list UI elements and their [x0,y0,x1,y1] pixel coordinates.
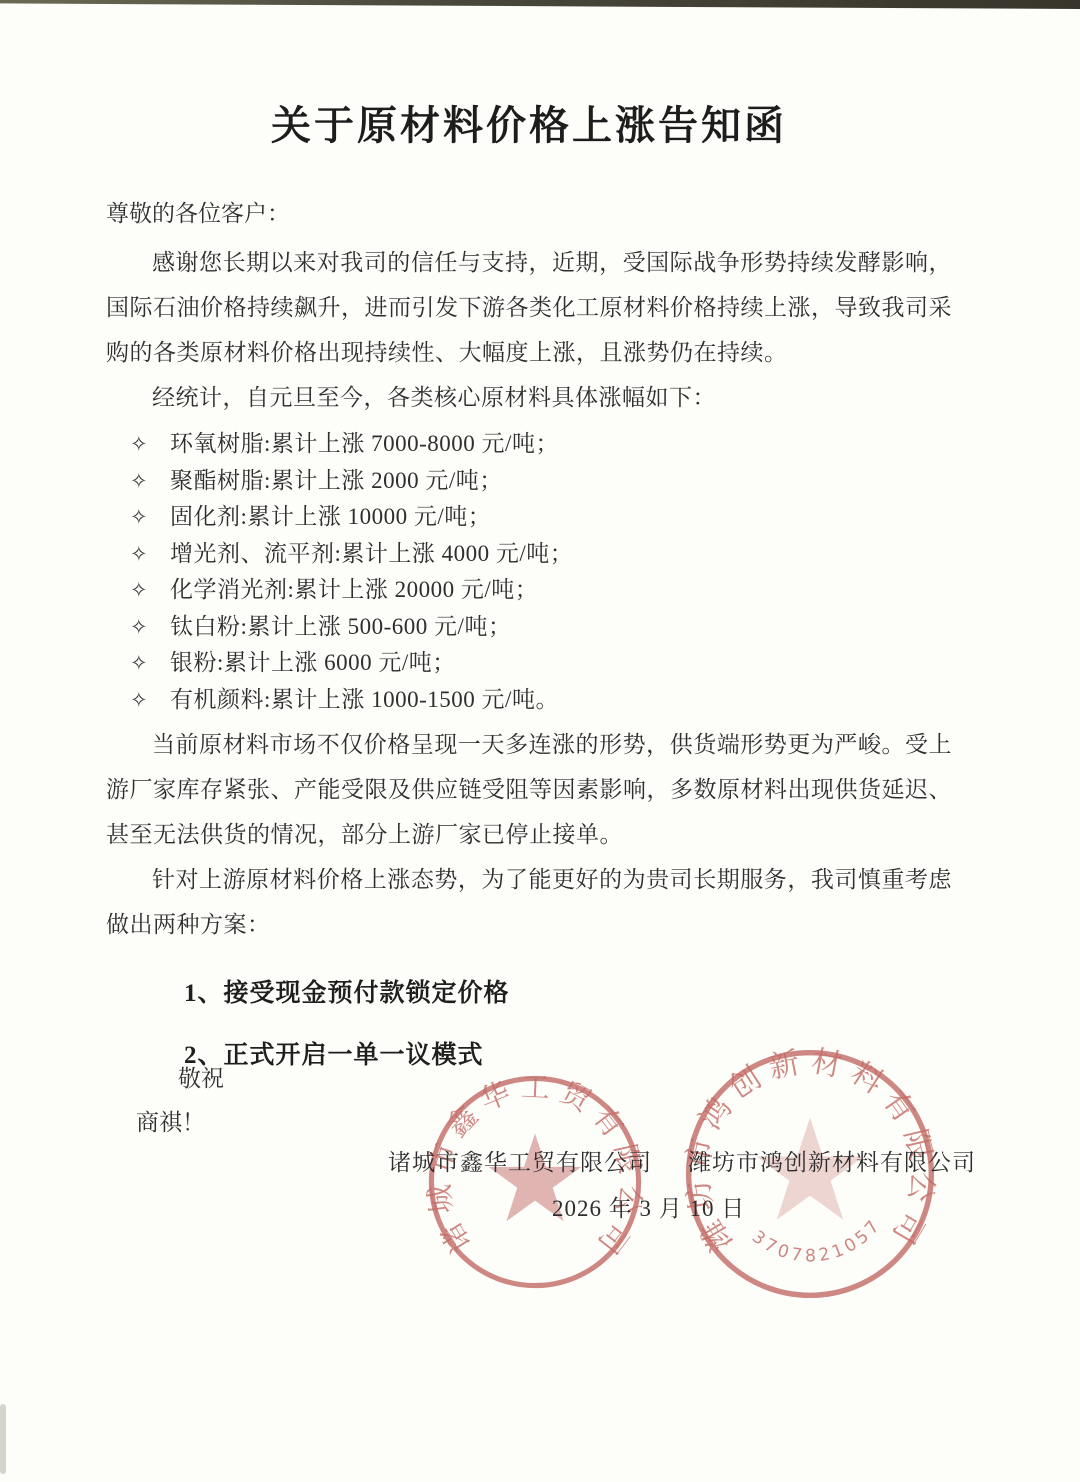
list-item-text: 聚酯树脂:累计上涨 2000 元/吨； [170,468,503,493]
list-item: ✧钛白粉:累计上涨 500-600 元/吨； [130,609,952,646]
list-item: ✧固化剂:累计上涨 10000 元/吨； [130,499,952,536]
document-title: 关于原材料价格上涨告知函 [106,98,952,154]
list-item: ✧增光剂、流平剂:累计上涨 4000 元/吨； [130,536,952,573]
list-item: ✧环氧树脂:累计上涨 7000-8000 元/吨； [130,426,952,463]
company-seal-left: 诸城市鑫华工贸有限公司 [423,1070,647,1294]
document-date: 2026 年 3 月 10 日 [552,1190,745,1223]
letter-body: 关于原材料价格上涨告知函 尊敬的各位客户： 感谢您长期以来对我司的信任与支持，近… [106,98,952,1097]
paragraph-proposal-lead: 针对上游原材料价格上涨态势，为了能更好的为贵司长期服务，我司慎重考虑做出两种方案… [106,857,952,947]
materials-price-list: ✧环氧树脂:累计上涨 7000-8000 元/吨； ✧聚酯树脂:累计上涨 200… [106,426,952,718]
list-item: ✧聚酯树脂:累计上涨 2000 元/吨； [130,463,952,500]
company-name-right: 潍坊市鸿创新材料有限公司 [688,1150,976,1175]
scanned-letter-page: 关于原材料价格上涨告知函 尊敬的各位客户： 感谢您长期以来对我司的信任与支持，近… [0,0,1080,1482]
scan-edge-artifact [0,0,1080,9]
closing-business-wishes: 商祺！ [136,1106,224,1140]
diamond-bullet-icon: ✧ [130,499,170,536]
list-item-text: 钛白粉:累计上涨 500-600 元/吨； [170,614,511,639]
paragraph-statistics-lead: 经统计，自元旦至今，各类核心原材料具体涨幅如下： [106,375,952,420]
paragraph-market-situation: 当前原材料市场不仅价格呈现一天多连涨的形势，供货端形势更为严峻。受上游厂家库存紧… [106,722,952,857]
diamond-bullet-icon: ✧ [130,426,170,463]
salutation: 尊敬的各位客户： [106,198,952,230]
list-item: ✧化学消光剂:累计上涨 20000 元/吨； [130,572,952,609]
closing-block: 敬祝 商祺！ [0,1062,224,1140]
scan-smudge-artifact [0,1404,6,1474]
list-item-text: 增光剂、流平剂:累计上涨 4000 元/吨； [170,541,573,566]
paragraph-intro: 感谢您长期以来对我司的信任与支持，近期，受国际战争形势持续发酵影响，国际石油价格… [106,240,952,375]
diamond-bullet-icon: ✧ [130,682,170,719]
signature-companies: 诸城市鑫华工贸有限公司潍坊市鸿创新材料有限公司 [388,1144,976,1177]
option-1: 1、接受现金预付款锁定价格 [184,973,952,1009]
list-item: ✧有机颜料:累计上涨 1000-1500 元/吨。 [130,682,952,719]
list-item-text: 银粉:累计上涨 6000 元/吨； [170,650,456,675]
diamond-bullet-icon: ✧ [130,572,170,609]
diamond-bullet-icon: ✧ [130,645,170,682]
list-item-text: 有机颜料:累计上涨 1000-1500 元/吨。 [170,687,559,712]
closing-respectfully: 敬祝 [178,1062,224,1096]
list-item: ✧银粉:累计上涨 6000 元/吨； [130,645,952,682]
list-item-text: 固化剂:累计上涨 10000 元/吨； [170,504,491,529]
diamond-bullet-icon: ✧ [130,609,170,646]
diamond-bullet-icon: ✧ [130,463,170,500]
list-item-text: 环氧树脂:累计上涨 7000-8000 元/吨； [170,431,559,456]
diamond-bullet-icon: ✧ [130,536,170,573]
list-item-text: 化学消光剂:累计上涨 20000 元/吨； [170,577,538,602]
company-name-left: 诸城市鑫华工贸有限公司 [388,1150,652,1175]
